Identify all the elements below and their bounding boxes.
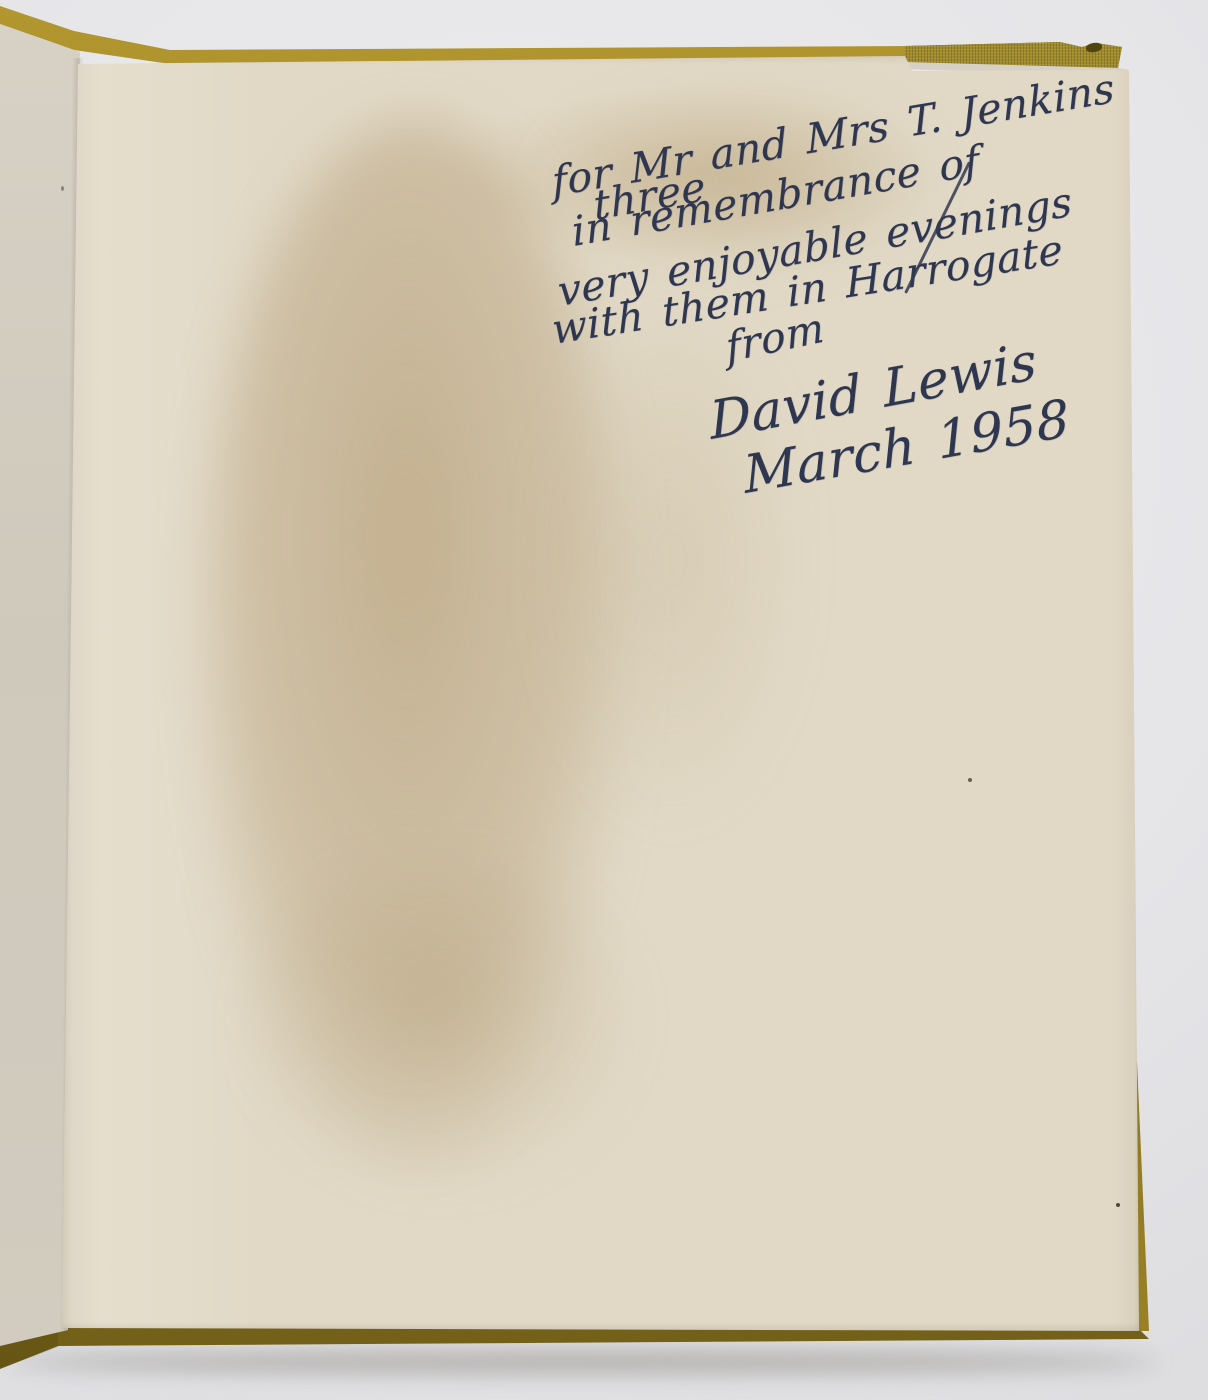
book-photograph: for Mr and Mrs T. Jenkins in remembrance… [0,0,1208,1400]
handwritten-inscription: for Mr and Mrs T. Jenkins in remembrance… [0,0,1208,1400]
